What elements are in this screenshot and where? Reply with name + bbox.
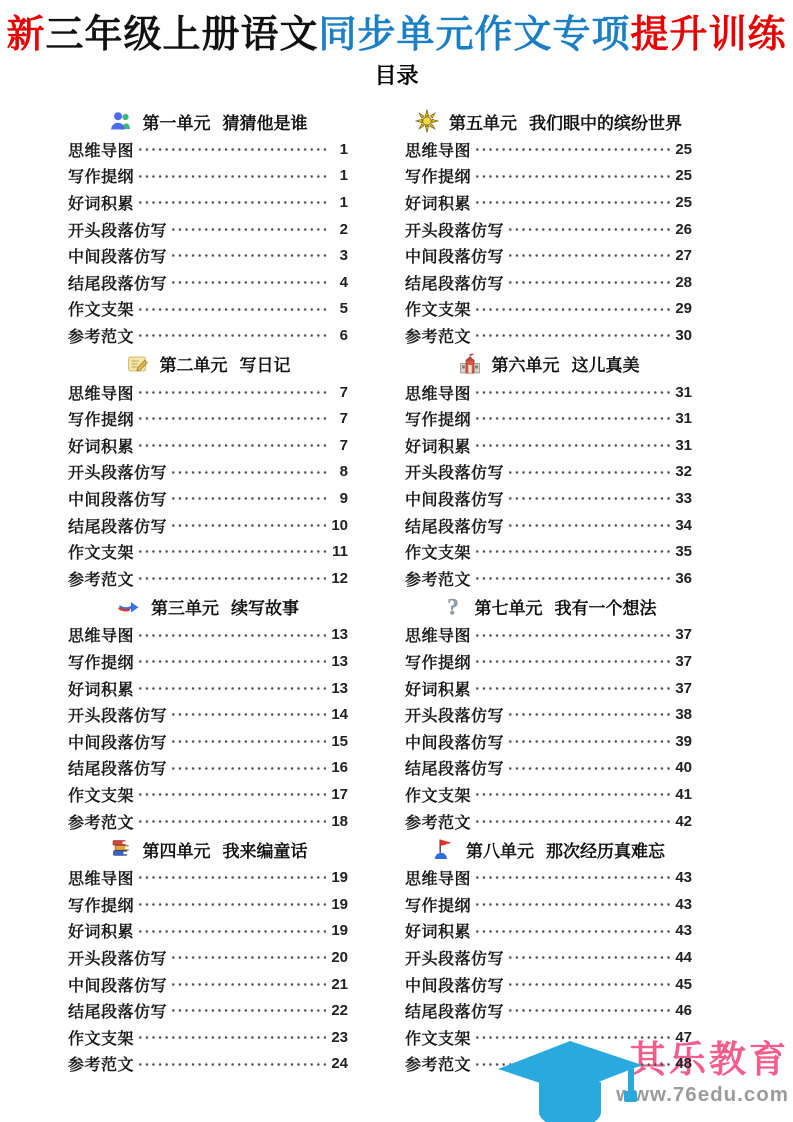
- toc-entry-page: 12: [331, 570, 348, 587]
- dot-leader: [137, 918, 326, 945]
- dot-leader: [170, 971, 326, 998]
- toc-entry-label: 思维导图: [405, 381, 471, 404]
- toc-entry-label: 结尾段落仿写: [405, 514, 504, 537]
- toc-entry-label: 结尾段落仿写: [68, 271, 167, 294]
- toc-entry-page: 13: [331, 680, 348, 697]
- toc-entry-page: 19: [331, 869, 348, 886]
- toc-entry: 结尾段落仿写 46: [405, 997, 692, 1024]
- toc-entry-label: 中间段落仿写: [405, 244, 504, 267]
- dot-leader: [474, 136, 670, 163]
- toc-entry-label: 好词积累: [68, 191, 134, 214]
- toc-unit: 第二单元 写日记 思维导图 7 写作提纲 7 好词积累 7 开头段落仿写 8 中…: [68, 349, 348, 592]
- toc-entry: 思维导图 25: [405, 136, 692, 163]
- toc-entry-label: 写作提纲: [405, 893, 471, 916]
- dot-leader: [137, 405, 327, 432]
- toc-entry-page: 3: [332, 247, 348, 264]
- toc-entry-page: 8: [332, 463, 348, 480]
- toc-unit: 第三单元 续写故事 思维导图 13 写作提纲 13 好词积累 13 开头段落仿写…: [68, 592, 348, 835]
- dot-leader: [474, 864, 670, 891]
- toc-entry-label: 写作提纲: [68, 164, 134, 187]
- dot-leader: [137, 781, 326, 808]
- toc-entry-label: 思维导图: [68, 381, 134, 404]
- graduation-cap-icon: [494, 1036, 644, 1122]
- toc-entry: 参考范文 12: [68, 565, 348, 592]
- unit-header: 第三单元 续写故事: [68, 592, 348, 622]
- toc-entry-page: 7: [332, 437, 348, 454]
- dot-leader: [170, 269, 327, 296]
- toc-entry-label: 中间段落仿写: [405, 973, 504, 996]
- toc-entry: 好词积累 43: [405, 918, 692, 945]
- dot-leader: [137, 322, 327, 349]
- toc-entry-label: 作文支架: [405, 297, 471, 320]
- unit-header: 第八单元 那次经历真难忘: [405, 834, 692, 864]
- dot-leader: [137, 864, 326, 891]
- dot-leader: [137, 296, 327, 323]
- toc-entry: 参考范文 36: [405, 565, 692, 592]
- toc-entry: 开头段落仿写 38: [405, 701, 692, 728]
- document-title: 新三年级上册语文同步单元作文专项提升训练: [0, 14, 793, 58]
- toc-unit: 第六单元 这儿真美 思维导图 31 写作提纲 31 好词积累 31 开头段落仿写…: [405, 349, 692, 592]
- toc-entry-page: 13: [331, 653, 348, 670]
- toc-entry-label: 开头段落仿写: [405, 460, 504, 483]
- dot-leader: [137, 1051, 326, 1078]
- toc-entry: 写作提纲 25: [405, 163, 692, 190]
- toc-entry: 中间段落仿写 15: [68, 728, 348, 755]
- toc-entry: 思维导图 31: [405, 379, 692, 406]
- unit-label: 第三单元: [151, 594, 219, 619]
- toc-entry: 结尾段落仿写 10: [68, 512, 348, 539]
- toc-entry-label: 参考范文: [405, 567, 471, 590]
- unit-title: 我们眼中的缤纷世界: [529, 109, 682, 134]
- dot-leader: [170, 459, 327, 486]
- toc-entry-page: 11: [332, 543, 348, 560]
- toc-entry-page: 41: [675, 786, 692, 803]
- unit-label: 第五单元: [449, 109, 517, 134]
- toc-entry-page: 6: [332, 327, 348, 344]
- toc-entry-label: 中间段落仿写: [405, 487, 504, 510]
- toc-entry-label: 开头段落仿写: [405, 946, 504, 969]
- dot-leader: [474, 296, 670, 323]
- toc-entry-page: 37: [675, 626, 692, 643]
- unit-title: 写日记: [240, 351, 291, 376]
- toc-entry: 参考范文 6: [68, 322, 348, 349]
- toc-entry: 结尾段落仿写 4: [68, 269, 348, 296]
- dot-leader: [137, 648, 326, 675]
- toc-entry-page: 5: [332, 300, 348, 317]
- dot-leader: [507, 728, 670, 755]
- unit-label: 第二单元: [160, 351, 228, 376]
- toc-entry: 参考范文 42: [405, 808, 692, 835]
- toc-entry-label: 作文支架: [405, 783, 471, 806]
- toc-entry-page: 36: [675, 570, 692, 587]
- dot-leader: [137, 163, 327, 190]
- dot-leader: [474, 189, 670, 216]
- dot-leader: [507, 971, 670, 998]
- toc-heading: 目录: [0, 59, 793, 90]
- toc-entry-label: 开头段落仿写: [405, 703, 504, 726]
- toc-entry-page: 21: [331, 976, 348, 993]
- dot-leader: [474, 808, 670, 835]
- toc-entry: 结尾段落仿写 28: [405, 269, 692, 296]
- toc-entry-label: 参考范文: [68, 810, 134, 833]
- toc-entry: 好词积累 1: [68, 189, 348, 216]
- toc-entry: 思维导图 37: [405, 622, 692, 649]
- dot-leader: [507, 701, 670, 728]
- toc-entry-page: 43: [675, 896, 692, 913]
- toc-entry-page: 1: [332, 141, 348, 158]
- toc-entry-page: 19: [331, 896, 348, 913]
- toc-entry-page: 25: [675, 167, 692, 184]
- toc-entry: 开头段落仿写 32: [405, 459, 692, 486]
- dot-leader: [507, 459, 670, 486]
- toc-entry-page: 24: [331, 1055, 348, 1072]
- toc-entry-page: 44: [675, 949, 692, 966]
- toc-entry-label: 作文支架: [68, 297, 134, 320]
- dot-leader: [137, 432, 327, 459]
- toc-entry: 开头段落仿写 20: [68, 944, 348, 971]
- dot-leader: [170, 485, 327, 512]
- toc-entry-page: 34: [675, 517, 692, 534]
- toc-entry-page: 7: [332, 410, 348, 427]
- unit-header: 第一单元 猜猜他是谁: [68, 106, 348, 136]
- dot-leader: [170, 755, 326, 782]
- unit-label: 第一单元: [143, 109, 211, 134]
- dot-leader: [474, 432, 670, 459]
- toc-entry: 开头段落仿写 2: [68, 216, 348, 243]
- toc-entry: 中间段落仿写 9: [68, 485, 348, 512]
- dot-leader: [507, 269, 670, 296]
- toc-entry: 中间段落仿写 3: [68, 242, 348, 269]
- toc-entry: 思维导图 1: [68, 136, 348, 163]
- toc-entry-page: 39: [675, 733, 692, 750]
- dot-leader: [474, 891, 670, 918]
- toc-entry: 作文支架 23: [68, 1024, 348, 1051]
- toc-entry-label: 结尾段落仿写: [405, 756, 504, 779]
- toc-entry-label: 写作提纲: [68, 650, 134, 673]
- toc-entry-label: 好词积累: [68, 919, 134, 942]
- school-building-icon: [458, 352, 482, 376]
- toc-entry-label: 写作提纲: [405, 650, 471, 673]
- toc-entry-label: 思维导图: [405, 866, 471, 889]
- dot-leader: [507, 512, 670, 539]
- toc-entry: 写作提纲 43: [405, 891, 692, 918]
- dot-leader: [474, 379, 670, 406]
- title-segment: 同步单元作文专项: [319, 14, 631, 56]
- toc-entry-page: 45: [675, 976, 692, 993]
- toc-entry-page: 22: [331, 1002, 348, 1019]
- toc-entry: 写作提纲 7: [68, 405, 348, 432]
- toc-entry-page: 40: [675, 759, 692, 776]
- dot-leader: [170, 944, 326, 971]
- toc-entry-label: 中间段落仿写: [68, 973, 167, 996]
- toc-entry-label: 作文支架: [68, 540, 134, 563]
- dot-leader: [137, 622, 326, 649]
- toc-entry-label: 好词积累: [405, 191, 471, 214]
- toc-entry: 作文支架 11: [68, 538, 348, 565]
- dot-leader: [170, 728, 326, 755]
- toc-entry: 思维导图 7: [68, 379, 348, 406]
- toc-unit: 第一单元 猜猜他是谁 思维导图 1 写作提纲 1 好词积累 1 开头段落仿写 2…: [68, 106, 348, 349]
- toc-entry: 结尾段落仿写 34: [405, 512, 692, 539]
- toc-entry: 好词积累 37: [405, 675, 692, 702]
- dot-leader: [474, 622, 670, 649]
- toc-entry: 作文支架 29: [405, 296, 692, 323]
- toc-entry-page: 2: [332, 221, 348, 238]
- toc-entry: 中间段落仿写 27: [405, 242, 692, 269]
- toc-entry-page: 25: [675, 141, 692, 158]
- toc-entry-label: 作文支架: [405, 540, 471, 563]
- toc-entry-page: 16: [331, 759, 348, 776]
- red-flag-icon: [432, 837, 456, 861]
- toc-entry-page: 18: [331, 813, 348, 830]
- toc: 第一单元 猜猜他是谁 思维导图 1 写作提纲 1 好词积累 1 开头段落仿写 2…: [68, 106, 692, 1077]
- toc-entry-page: 9: [332, 490, 348, 507]
- unit-label: 第六单元: [492, 351, 560, 376]
- toc-entry-label: 思维导图: [68, 866, 134, 889]
- toc-entry: 开头段落仿写 44: [405, 944, 692, 971]
- dot-leader: [137, 891, 326, 918]
- toc-entry: 参考范文 24: [68, 1051, 348, 1078]
- toc-entry-page: 14: [331, 706, 348, 723]
- toc-entry-page: 43: [675, 922, 692, 939]
- toc-entry: 好词积累 31: [405, 432, 692, 459]
- toc-entry-label: 思维导图: [68, 138, 134, 161]
- toc-column-right: 第五单元 我们眼中的缤纷世界 思维导图 25 写作提纲 25 好词积累 25 开…: [405, 106, 692, 1077]
- dot-leader: [137, 189, 327, 216]
- toc-entry-label: 好词积累: [68, 434, 134, 457]
- dot-leader: [170, 997, 326, 1024]
- dot-leader: [474, 565, 670, 592]
- toc-entry-page: 1: [332, 167, 348, 184]
- unit-label: 第八单元: [466, 837, 534, 862]
- toc-unit: ? 第七单元 我有一个想法 思维导图 37 写作提纲 37 好词积累 37 开头…: [405, 592, 692, 835]
- memo-notebook-icon: [126, 352, 150, 376]
- toc-entry-page: 23: [331, 1029, 348, 1046]
- toc-entry-label: 参考范文: [405, 1052, 471, 1075]
- toc-entry-page: 31: [675, 437, 692, 454]
- unit-header: 第二单元 写日记: [68, 349, 348, 379]
- toc-entry-page: 28: [675, 274, 692, 291]
- title-segment: 提升训练: [631, 14, 787, 56]
- arrow-right-icon: [117, 595, 141, 619]
- toc-entry: 写作提纲 1: [68, 163, 348, 190]
- toc-entry-page: 43: [675, 869, 692, 886]
- toc-entry-label: 结尾段落仿写: [68, 514, 167, 537]
- toc-entry-label: 思维导图: [405, 138, 471, 161]
- dot-leader: [137, 136, 327, 163]
- toc-column-left: 第一单元 猜猜他是谁 思维导图 1 写作提纲 1 好词积累 1 开头段落仿写 2…: [68, 106, 348, 1077]
- toc-entry: 参考范文 18: [68, 808, 348, 835]
- toc-entry: 结尾段落仿写 22: [68, 997, 348, 1024]
- toc-entry: 结尾段落仿写 40: [405, 755, 692, 782]
- dot-leader: [137, 538, 327, 565]
- toc-entry-label: 参考范文: [68, 567, 134, 590]
- toc-entry: 写作提纲 37: [405, 648, 692, 675]
- unit-title: 那次经历真难忘: [546, 837, 665, 862]
- toc-entry-page: 37: [675, 680, 692, 697]
- dot-leader: [474, 918, 670, 945]
- dot-leader: [474, 163, 670, 190]
- toc-unit: 第四单元 我来编童话 思维导图 19 写作提纲 19 好词积累 19 开头段落仿…: [68, 834, 348, 1077]
- unit-title: 猜猜他是谁: [223, 109, 308, 134]
- toc-entry-label: 参考范文: [68, 324, 134, 347]
- toc-entry-label: 参考范文: [68, 1052, 134, 1075]
- toc-entry: 开头段落仿写 14: [68, 701, 348, 728]
- toc-entry-page: 7: [332, 384, 348, 401]
- toc-entry-page: 32: [675, 463, 692, 480]
- toc-entry: 好词积累 13: [68, 675, 348, 702]
- toc-entry-label: 作文支架: [68, 1026, 134, 1049]
- dot-leader: [474, 538, 670, 565]
- toc-entry-label: 作文支架: [68, 783, 134, 806]
- toc-entry-label: 好词积累: [405, 919, 471, 942]
- toc-entry-label: 开头段落仿写: [68, 218, 167, 241]
- toc-entry: 开头段落仿写 26: [405, 216, 692, 243]
- title-segment: 新: [6, 14, 45, 56]
- dot-leader: [137, 675, 326, 702]
- toc-entry-page: 31: [675, 410, 692, 427]
- sun-sparkle-icon: [415, 109, 439, 133]
- dot-leader: [170, 512, 326, 539]
- toc-entry-label: 好词积累: [68, 677, 134, 700]
- toc-entry-page: 15: [331, 733, 348, 750]
- dot-leader: [474, 405, 670, 432]
- toc-entry-label: 好词积累: [405, 677, 471, 700]
- dot-leader: [507, 997, 670, 1024]
- toc-entry-page: 27: [675, 247, 692, 264]
- toc-entry-page: 33: [675, 490, 692, 507]
- toc-entry-page: 35: [675, 543, 692, 560]
- dot-leader: [507, 485, 670, 512]
- toc-entry: 中间段落仿写 21: [68, 971, 348, 998]
- dot-leader: [137, 808, 326, 835]
- toc-entry-page: 10: [331, 517, 348, 534]
- toc-entry-label: 作文支架: [405, 1026, 471, 1049]
- toc-entry-label: 结尾段落仿写: [68, 999, 167, 1022]
- toc-entry: 写作提纲 31: [405, 405, 692, 432]
- toc-entry: 参考范文 30: [405, 322, 692, 349]
- toc-entry: 思维导图 13: [68, 622, 348, 649]
- toc-entry-label: 中间段落仿写: [405, 730, 504, 753]
- dot-leader: [507, 944, 670, 971]
- toc-entry-page: 17: [331, 786, 348, 803]
- toc-entry-page: 26: [675, 221, 692, 238]
- toc-entry-page: 37: [675, 653, 692, 670]
- toc-entry: 好词积累 25: [405, 189, 692, 216]
- title-segment: 三年级上册语文: [45, 14, 318, 56]
- svg-text:?: ?: [447, 595, 459, 619]
- toc-entry: 开头段落仿写 8: [68, 459, 348, 486]
- toc-entry-label: 开头段落仿写: [405, 218, 504, 241]
- toc-entry: 写作提纲 13: [68, 648, 348, 675]
- toc-entry: 思维导图 43: [405, 864, 692, 891]
- unit-title: 续写故事: [231, 594, 299, 619]
- dot-leader: [474, 648, 670, 675]
- unit-label: 第七单元: [475, 594, 543, 619]
- dot-leader: [137, 379, 327, 406]
- dot-leader: [474, 675, 670, 702]
- toc-entry-label: 结尾段落仿写: [405, 271, 504, 294]
- toc-entry-label: 开头段落仿写: [68, 460, 167, 483]
- toc-entry-page: 47: [675, 1029, 692, 1046]
- unit-header: ? 第七单元 我有一个想法: [405, 592, 692, 622]
- toc-entry-label: 开头段落仿写: [68, 703, 167, 726]
- toc-entry-label: 中间段落仿写: [68, 730, 167, 753]
- books-stack-icon: [109, 837, 133, 861]
- toc-entry-page: 29: [675, 300, 692, 317]
- dot-leader: [474, 781, 670, 808]
- unit-title: 我来编童话: [223, 837, 308, 862]
- toc-entry-label: 开头段落仿写: [68, 946, 167, 969]
- toc-entry-page: 13: [331, 626, 348, 643]
- dot-leader: [507, 216, 670, 243]
- dot-leader: [137, 565, 326, 592]
- toc-entry-page: 48: [675, 1055, 692, 1072]
- question-mark-icon: ?: [441, 595, 465, 619]
- toc-entry: 好词积累 19: [68, 918, 348, 945]
- toc-entry-label: 参考范文: [405, 810, 471, 833]
- toc-entry-label: 参考范文: [405, 324, 471, 347]
- toc-entry: 中间段落仿写 39: [405, 728, 692, 755]
- toc-entry-label: 思维导图: [405, 623, 471, 646]
- toc-entry-label: 写作提纲: [405, 164, 471, 187]
- toc-entry-page: 31: [675, 384, 692, 401]
- unit-label: 第四单元: [143, 837, 211, 862]
- unit-header: 第四单元 我来编童话: [68, 834, 348, 864]
- two-people-icon: [109, 109, 133, 133]
- dot-leader: [170, 216, 327, 243]
- toc-entry-page: 30: [675, 327, 692, 344]
- toc-entry-label: 好词积累: [405, 434, 471, 457]
- toc-entry: 中间段落仿写 33: [405, 485, 692, 512]
- toc-entry: 作文支架 41: [405, 781, 692, 808]
- toc-entry: 中间段落仿写 45: [405, 971, 692, 998]
- toc-entry-page: 19: [331, 922, 348, 939]
- dot-leader: [137, 1024, 326, 1051]
- unit-title: 这儿真美: [572, 351, 640, 376]
- toc-entry-label: 结尾段落仿写: [68, 756, 167, 779]
- toc-entry-page: 4: [332, 274, 348, 291]
- toc-entry-label: 写作提纲: [68, 893, 134, 916]
- toc-entry-page: 25: [675, 194, 692, 211]
- unit-header: 第五单元 我们眼中的缤纷世界: [405, 106, 692, 136]
- unit-title: 我有一个想法: [555, 594, 657, 619]
- toc-entry: 作文支架 35: [405, 538, 692, 565]
- toc-entry: 作文支架 17: [68, 781, 348, 808]
- dot-leader: [170, 242, 327, 269]
- toc-entry: 好词积累 7: [68, 432, 348, 459]
- toc-entry-page: 46: [675, 1002, 692, 1019]
- dot-leader: [507, 242, 670, 269]
- dot-leader: [474, 322, 670, 349]
- toc-entry-label: 结尾段落仿写: [405, 999, 504, 1022]
- toc-entry-label: 中间段落仿写: [68, 487, 167, 510]
- toc-unit: 第五单元 我们眼中的缤纷世界 思维导图 25 写作提纲 25 好词积累 25 开…: [405, 106, 692, 349]
- toc-entry: 结尾段落仿写 16: [68, 755, 348, 782]
- dot-leader: [507, 755, 670, 782]
- toc-entry-page: 20: [331, 949, 348, 966]
- toc-entry-label: 中间段落仿写: [68, 244, 167, 267]
- toc-entry-label: 思维导图: [68, 623, 134, 646]
- toc-entry: 作文支架 5: [68, 296, 348, 323]
- dot-leader: [170, 701, 326, 728]
- toc-entry-page: 42: [675, 813, 692, 830]
- unit-header: 第六单元 这儿真美: [405, 349, 692, 379]
- toc-entry-label: 写作提纲: [68, 407, 134, 430]
- toc-entry-label: 写作提纲: [405, 407, 471, 430]
- toc-entry-page: 38: [675, 706, 692, 723]
- toc-entry: 思维导图 19: [68, 864, 348, 891]
